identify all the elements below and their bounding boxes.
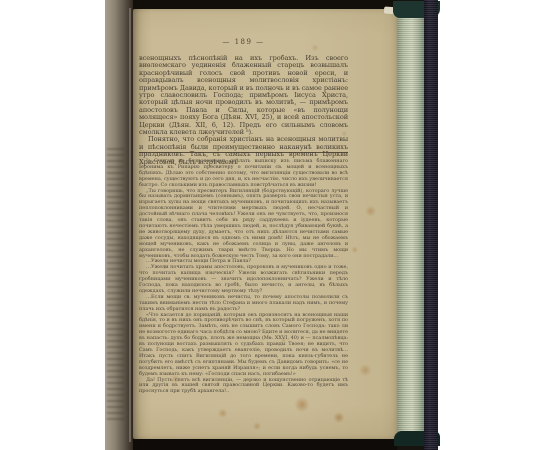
footnote-paragraph: «Что касается до порицаній, которыя онъ … (139, 313, 348, 378)
footnote-separator (139, 152, 348, 153)
page-bottom-shadow (133, 439, 397, 450)
binding-spine (424, 0, 438, 450)
footnote-paragraph: …Ужели почитать храмы апостоловъ, пророк… (139, 265, 348, 295)
body-text-block: всенощныхъ пѣснопѣній на ихъ гробахъ. Из… (139, 55, 348, 166)
screenshot-canvas: — 189 — всенощныхъ пѣснопѣній на ихъ гро… (0, 0, 550, 450)
footnote-paragraph: Да! Пусть спятъ всѣ вигилянціи, — дерзко… (139, 378, 348, 396)
facing-page-text-shadow (107, 148, 124, 420)
page-number: — 189 — (139, 38, 348, 46)
book-photo: — 189 — всенощныхъ пѣснопѣній на ихъ гро… (105, 0, 438, 450)
footnote-block: ⁵) Считаю не безполезнымъ сдѣлать выписк… (139, 159, 348, 395)
gutter-highlight (129, 8, 131, 442)
gutter-facing-page (105, 0, 133, 450)
fore-edge-pages (397, 8, 424, 442)
footnote-paragraph: …Если мощи св. мучениковъ нечисты, то по… (139, 295, 348, 313)
page-top-shadow (133, 0, 397, 9)
footnote-paragraph: ⁵) Считаю не безполезнымъ сдѣлать выписк… (139, 159, 348, 189)
footnote-paragraph: „Ты говоришь, что пресвитеръ Вигилянцій … (139, 189, 348, 260)
body-paragraph: всенощныхъ пѣснопѣній на ихъ гробахъ. Из… (139, 55, 348, 136)
book-page: — 189 — всенощныхъ пѣснопѣній на ихъ гро… (133, 9, 397, 439)
